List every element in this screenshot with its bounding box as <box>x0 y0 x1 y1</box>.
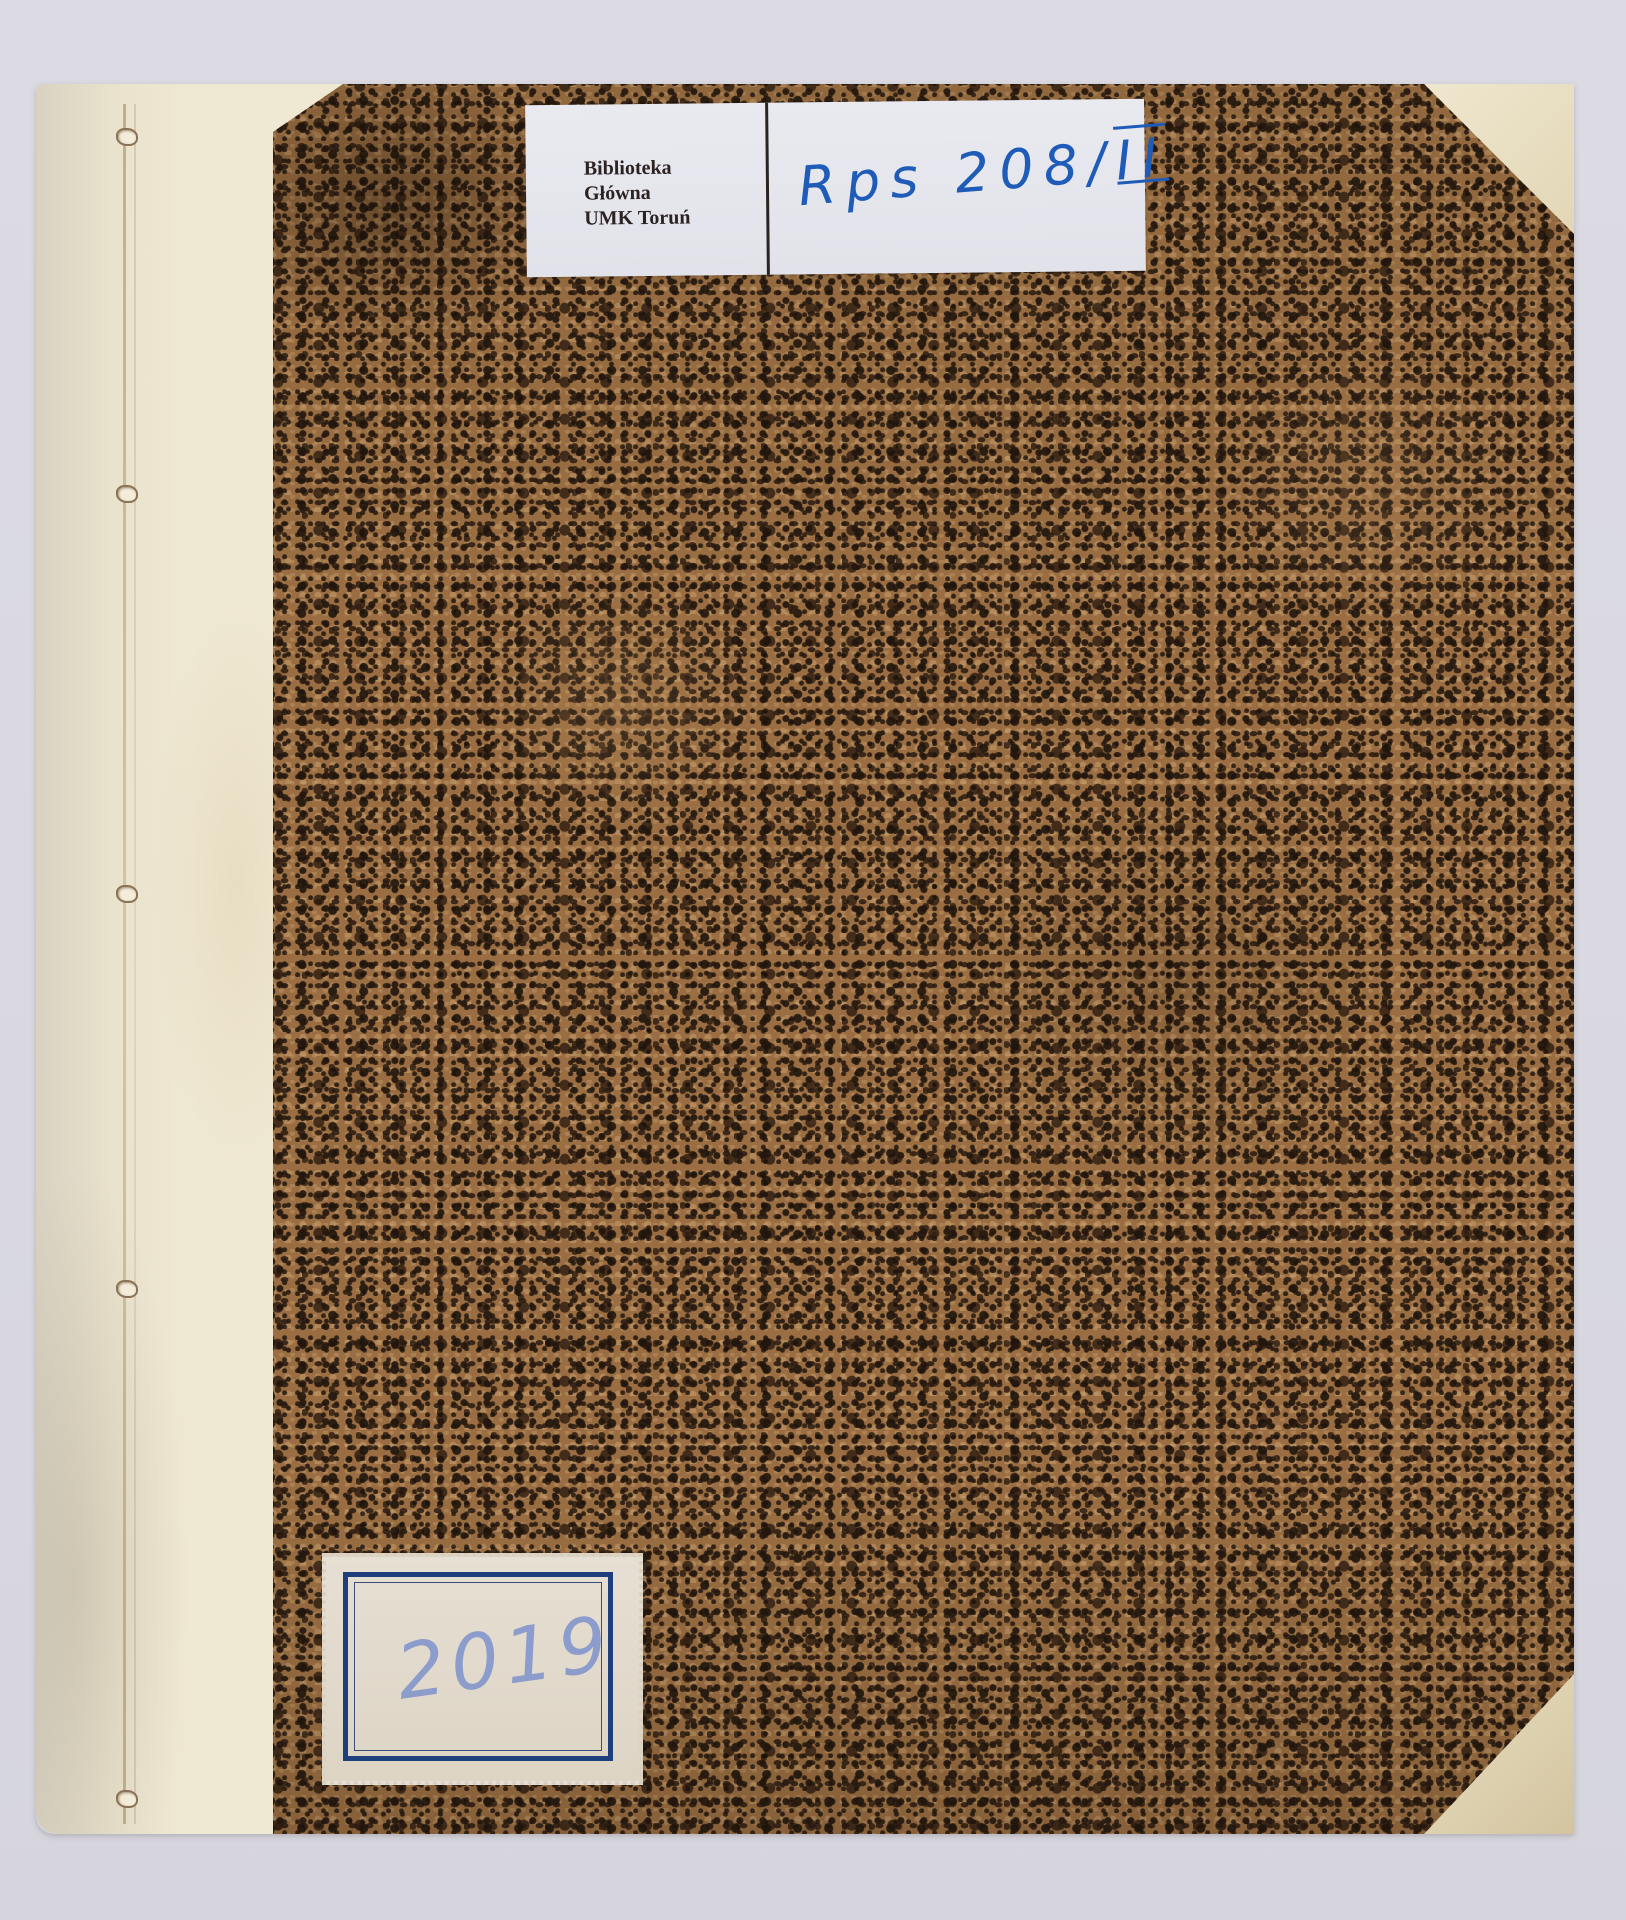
shelfmark-handwritten: Rps 208/II <box>796 126 1170 218</box>
stitch-hole <box>116 128 138 146</box>
library-name: Biblioteka Główna UMK Toruń <box>584 156 691 232</box>
stitch-hole <box>116 1790 138 1808</box>
library-name-line: Biblioteka <box>584 156 690 182</box>
shelfmark-roman: II <box>1113 126 1170 193</box>
spine-fold-line-secondary <box>134 104 136 1824</box>
inventory-stamp-label: 2019 <box>322 1553 643 1785</box>
stitch-hole <box>116 1280 138 1298</box>
label-divider <box>765 103 770 275</box>
library-name-line: UMK Toruń <box>584 206 690 232</box>
stitch-hole <box>116 885 138 903</box>
call-number-label: Biblioteka Główna UMK Toruń Rps 208/II <box>525 99 1146 277</box>
book: Biblioteka Główna UMK Toruń Rps 208/II 2… <box>36 84 1574 1834</box>
stitch-hole <box>116 485 138 503</box>
library-name-line: Główna <box>584 181 690 207</box>
shelfmark-prefix: Rps 208/ <box>796 130 1118 218</box>
spine-fold-line <box>123 104 126 1824</box>
